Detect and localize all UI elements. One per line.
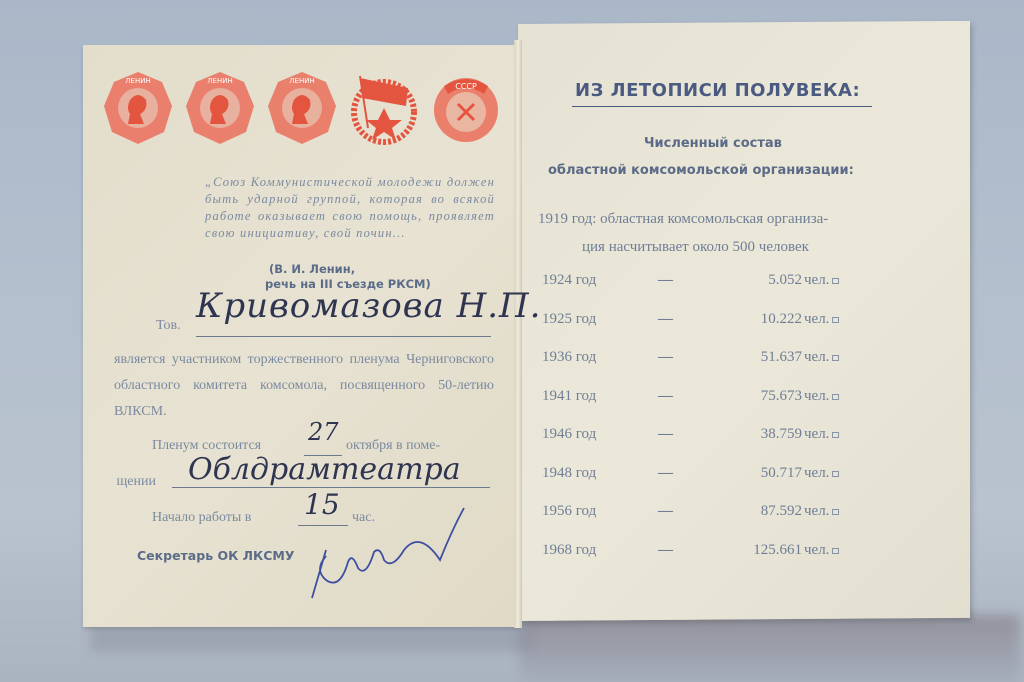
- membership-table: 1924 год—5.052чел. 1925 год—10.222чел. 1…: [542, 272, 862, 580]
- year: 1946 год: [542, 426, 596, 443]
- dash: —: [658, 388, 673, 405]
- year: 1924 год: [542, 272, 596, 289]
- unit: чел.: [804, 349, 829, 366]
- table-row: 1924 год—5.052чел.: [542, 272, 862, 311]
- table-row: 1948 год—50.717чел.: [542, 465, 862, 504]
- member-count: 5.052: [768, 272, 802, 289]
- dash: —: [658, 349, 673, 366]
- checkbox-mark-icon: [832, 317, 839, 323]
- checkbox-mark-icon: [832, 509, 839, 515]
- member-count: 51.637: [761, 349, 802, 366]
- year: 1968 год: [542, 542, 596, 559]
- year: 1948 год: [542, 465, 596, 482]
- table-row: 1946 год—38.759чел.: [542, 426, 862, 465]
- booklet-shadow: [520, 615, 1020, 682]
- table-row: 1956 год—87.592чел.: [542, 503, 862, 542]
- year: 1936 год: [542, 349, 596, 366]
- svg-text:ЛЕНИН: ЛЕНИН: [125, 77, 150, 85]
- svg-text:ЛЕНИН: ЛЕНИН: [289, 77, 314, 85]
- unit: чел.: [804, 311, 829, 328]
- member-count: 75.673: [761, 388, 802, 405]
- lenin-quote: „Союз Коммунистической молодежи должен б…: [205, 174, 495, 242]
- dash: —: [658, 542, 673, 559]
- subtitle-line2: областной комсомольской организации:: [548, 163, 854, 178]
- intro-1919: 1919 год: областная комсомольская органи…: [538, 205, 898, 261]
- checkbox-mark-icon: [832, 355, 839, 361]
- member-count: 50.717: [761, 465, 802, 482]
- order-of-lenin-icon: ЛЕНИН: [182, 68, 258, 148]
- dash: —: [658, 311, 673, 328]
- checkbox-mark-icon: [832, 471, 839, 477]
- order-of-labour-red-banner-icon: СССР: [428, 68, 504, 148]
- intro-line1: 1919 год: областная комсомольская органи…: [538, 211, 828, 227]
- name-field-line: [196, 336, 491, 337]
- tov-label: Тов.: [156, 318, 181, 334]
- name-handwritten: Кривомазова Н.П.: [196, 286, 542, 326]
- order-of-lenin-icon: ЛЕНИН: [264, 68, 340, 148]
- dash: —: [658, 465, 673, 482]
- signature-icon: [300, 500, 480, 610]
- order-of-red-banner-icon: [346, 68, 422, 148]
- orders-row: ЛЕНИН ЛЕНИН ЛЕНИН СССР: [100, 68, 504, 148]
- subtitle-line1: Численный состав: [644, 136, 782, 151]
- participation-text: является участником торжественного плену…: [114, 347, 494, 425]
- member-count: 10.222: [761, 311, 802, 328]
- unit: чел.: [804, 272, 829, 289]
- unit: чел.: [804, 542, 829, 559]
- table-row: 1936 год—51.637чел.: [542, 349, 862, 388]
- title-underline: [572, 106, 872, 107]
- unit: чел.: [804, 388, 829, 405]
- secretary-label: Секретарь ОК ЛКСМУ: [137, 548, 295, 563]
- intro-line2: ция насчитывает около 500 человек: [538, 233, 898, 261]
- premises-handwritten: Облдрамтеатра: [188, 452, 461, 487]
- quote-source-line1: (В. И. Ленин,: [265, 262, 431, 277]
- unit: чел.: [804, 465, 829, 482]
- member-count: 38.759: [761, 426, 802, 443]
- year: 1956 год: [542, 503, 596, 520]
- dash: —: [658, 503, 673, 520]
- year: 1941 год: [542, 388, 596, 405]
- member-count: 87.592: [761, 503, 802, 520]
- dash: —: [658, 272, 673, 289]
- table-row: 1968 год—125.661чел.: [542, 542, 862, 581]
- year: 1925 год: [542, 311, 596, 328]
- member-count: 125.661: [753, 542, 802, 559]
- checkbox-mark-icon: [832, 548, 839, 554]
- booklet-spine: [514, 40, 522, 628]
- svg-text:СССР: СССР: [455, 82, 477, 91]
- checkbox-mark-icon: [832, 394, 839, 400]
- dash: —: [658, 426, 673, 443]
- premises-label: щении: [110, 474, 156, 490]
- unit: чел.: [804, 426, 829, 443]
- table-row: 1941 год—75.673чел.: [542, 388, 862, 427]
- day-handwritten: 27: [308, 418, 339, 446]
- order-of-lenin-icon: ЛЕНИН: [100, 68, 176, 148]
- table-row: 1925 год—10.222чел.: [542, 311, 862, 350]
- unit: чел.: [804, 503, 829, 520]
- checkbox-mark-icon: [832, 278, 839, 284]
- checkbox-mark-icon: [832, 432, 839, 438]
- start-label: Начало работы в: [152, 510, 251, 526]
- page-title: ИЗ ЛЕТОПИСИ ПОЛУВЕКА:: [575, 80, 860, 101]
- svg-text:ЛЕНИН: ЛЕНИН: [207, 77, 232, 85]
